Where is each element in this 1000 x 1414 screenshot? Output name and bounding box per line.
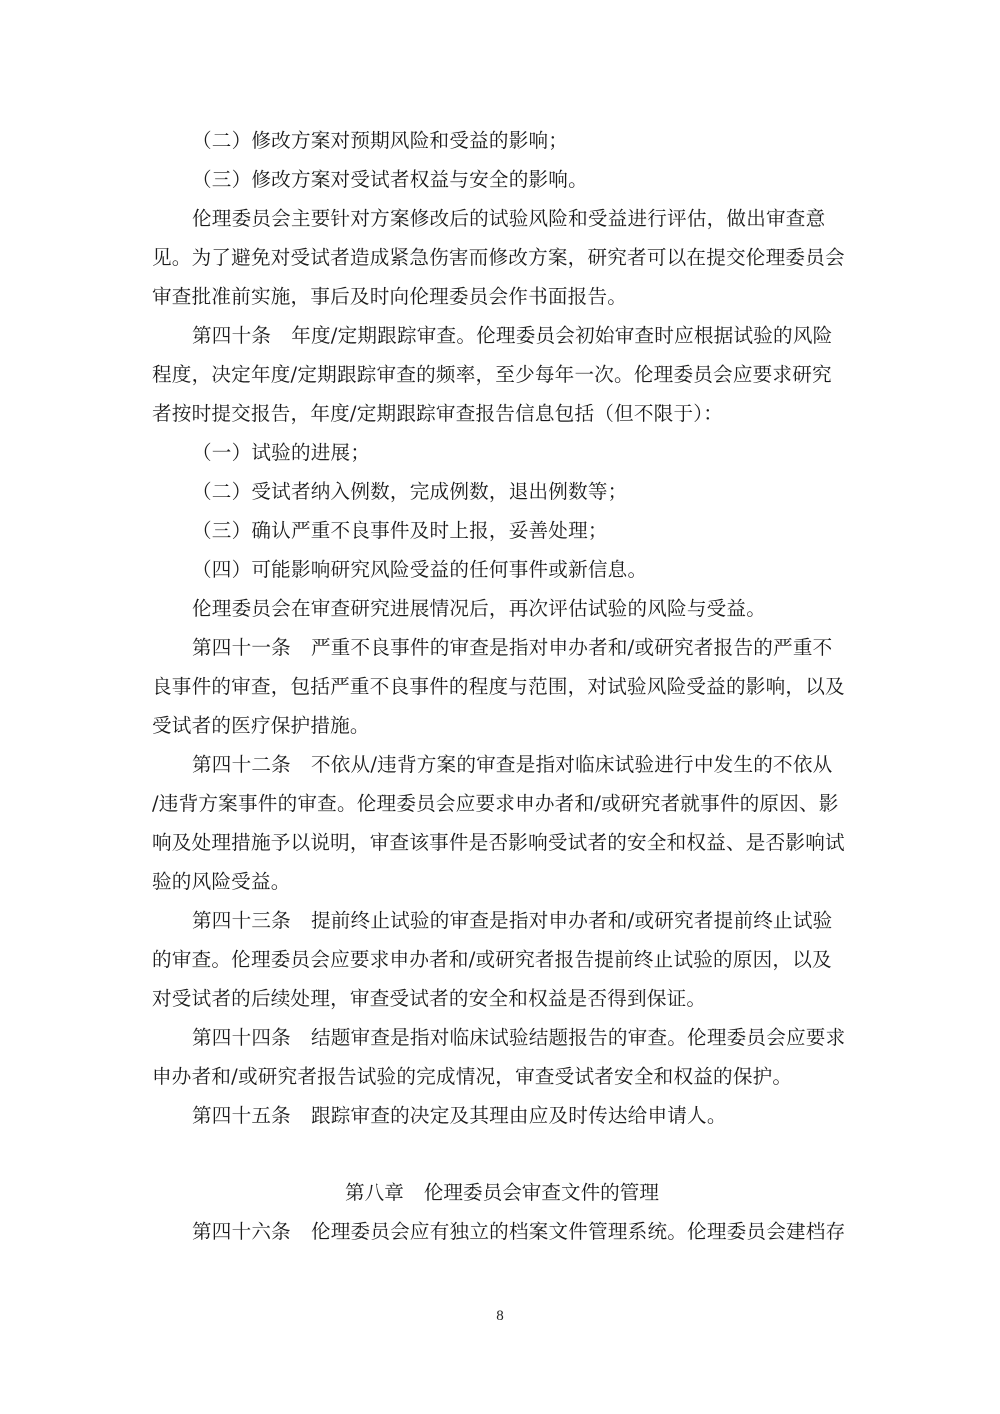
article-45: 第四十五条跟踪审查的决定及其理由应及时传达给申请人。 [152, 1096, 852, 1135]
list-item: （二）受试者纳入例数，完成例数，退出例数等； [152, 472, 852, 511]
chapter-number: 第八章 [345, 1181, 404, 1204]
article-text: 跟踪审查的决定及其理由应及时传达给申请人。 [311, 1104, 727, 1127]
page-number: 8 [0, 1308, 1000, 1325]
paragraph: 伦理委员会在审查研究进展情况后，再次评估试验的风险与受益。 [152, 589, 852, 628]
chapter-title: 伦理委员会审查文件的管理 [424, 1181, 659, 1204]
list-item: （一）试验的进展； [152, 433, 852, 472]
text-line: 第四十三条提前终止试验的审查是指对申办者和/或研究者提前终止试验 [152, 901, 852, 940]
text-line: 程度，决定年度/定期跟踪审查的频率，至少每年一次。伦理委员会应要求研究 [152, 355, 852, 394]
text-line: 审查批准前实施，事后及时向伦理委员会作书面报告。 [152, 277, 852, 316]
article-text: 严重不良事件的审查是指对申办者和/或研究者报告的严重不 [311, 636, 832, 659]
article-text: 结题审查是指对临床试验结题报告的审查。伦理委员会应要求 [311, 1026, 845, 1049]
paragraph: 伦理委员会主要针对方案修改后的试验风险和受益进行评估，做出审查意 见。为了避免对… [152, 199, 852, 316]
text-line: 响及处理措施予以说明，审查该事件是否影响受试者的安全和权益、是否影响试 [152, 823, 852, 862]
article-43: 第四十三条提前终止试验的审查是指对申办者和/或研究者提前终止试验 的审查。伦理委… [152, 901, 852, 1018]
text-line: 见。为了避免对受试者造成紧急伤害而修改方案，研究者可以在提交伦理委员会 [152, 238, 852, 277]
text-line: 良事件的审查，包括严重不良事件的程度与范围，对试验风险受益的影响，以及 [152, 667, 852, 706]
chapter-heading: 第八章伦理委员会审查文件的管理 [152, 1173, 852, 1212]
text-line: （三）修改方案对受试者权益与安全的影响。 [192, 168, 588, 191]
article-text: 伦理委员会应有独立的档案文件管理系统。伦理委员会建档存 [311, 1220, 845, 1243]
article-label: 第四十四条 [192, 1026, 291, 1049]
list-item: （三）修改方案对受试者权益与安全的影响。 [152, 160, 852, 199]
text-line: 验的风险受益。 [152, 862, 852, 901]
text-line: 第四十四条结题审查是指对临床试验结题报告的审查。伦理委员会应要求 [152, 1018, 852, 1057]
article-label: 第四十六条 [192, 1220, 291, 1243]
article-44: 第四十四条结题审查是指对临床试验结题报告的审查。伦理委员会应要求 申办者和/或研… [152, 1018, 852, 1096]
list-item: （四）可能影响研究风险受益的任何事件或新信息。 [152, 550, 852, 589]
article-label: 第四十条 [192, 324, 271, 347]
list-item: （二）修改方案对预期风险和受益的影响； [152, 121, 852, 160]
text-line: 第四十五条跟踪审查的决定及其理由应及时传达给申请人。 [152, 1096, 852, 1135]
text-line: 申办者和/或研究者报告试验的完成情况，审查受试者安全和权益的保护。 [152, 1057, 852, 1096]
spacer [152, 1135, 852, 1173]
text-line: 第四十六条伦理委员会应有独立的档案文件管理系统。伦理委员会建档存 [152, 1212, 852, 1251]
text-line: 第四十条年度/定期跟踪审查。伦理委员会初始审查时应根据试验的风险 [152, 316, 852, 355]
list-item: （三）确认严重不良事件及时上报，妥善处理； [152, 511, 852, 550]
text-line: （二）修改方案对预期风险和受益的影响； [192, 129, 568, 152]
text-line: 伦理委员会主要针对方案修改后的试验风险和受益进行评估，做出审查意 [152, 199, 852, 238]
article-label: 第四十一条 [192, 636, 291, 659]
article-text: 不依从/违背方案的审查是指对临床试验进行中发生的不依从 [311, 753, 832, 776]
text-line: 第四十二条不依从/违背方案的审查是指对临床试验进行中发生的不依从 [152, 745, 852, 784]
article-label: 第四十三条 [192, 909, 291, 932]
article-46: 第四十六条伦理委员会应有独立的档案文件管理系统。伦理委员会建档存 [152, 1212, 852, 1251]
text-line: 者按时提交报告，年度/定期跟踪审查报告信息包括（但不限于）： [152, 394, 852, 433]
text-line: 第四十一条严重不良事件的审查是指对申办者和/或研究者报告的严重不 [152, 628, 852, 667]
text-line: 对受试者的后续处理，审查受试者的安全和权益是否得到保证。 [152, 979, 852, 1018]
article-text: 提前终止试验的审查是指对申办者和/或研究者提前终止试验 [311, 909, 832, 932]
article-40: 第四十条年度/定期跟踪审查。伦理委员会初始审查时应根据试验的风险 程度，决定年度… [152, 316, 852, 433]
text-line: /违背方案事件的审查。伦理委员会应要求申办者和/或研究者就事件的原因、影 [152, 784, 852, 823]
article-text: 年度/定期跟踪审查。伦理委员会初始审查时应根据试验的风险 [291, 324, 832, 347]
text-line: 的审查。伦理委员会应要求申办者和/或研究者报告提前终止试验的原因，以及 [152, 940, 852, 979]
article-label: 第四十二条 [192, 753, 291, 776]
article-41: 第四十一条严重不良事件的审查是指对申办者和/或研究者报告的严重不 良事件的审查，… [152, 628, 852, 745]
article-42: 第四十二条不依从/违背方案的审查是指对临床试验进行中发生的不依从 /违背方案事件… [152, 745, 852, 901]
article-label: 第四十五条 [192, 1104, 291, 1127]
document-page: （二）修改方案对预期风险和受益的影响； （三）修改方案对受试者权益与安全的影响。… [152, 121, 852, 1251]
text-line: 受试者的医疗保护措施。 [152, 706, 852, 745]
